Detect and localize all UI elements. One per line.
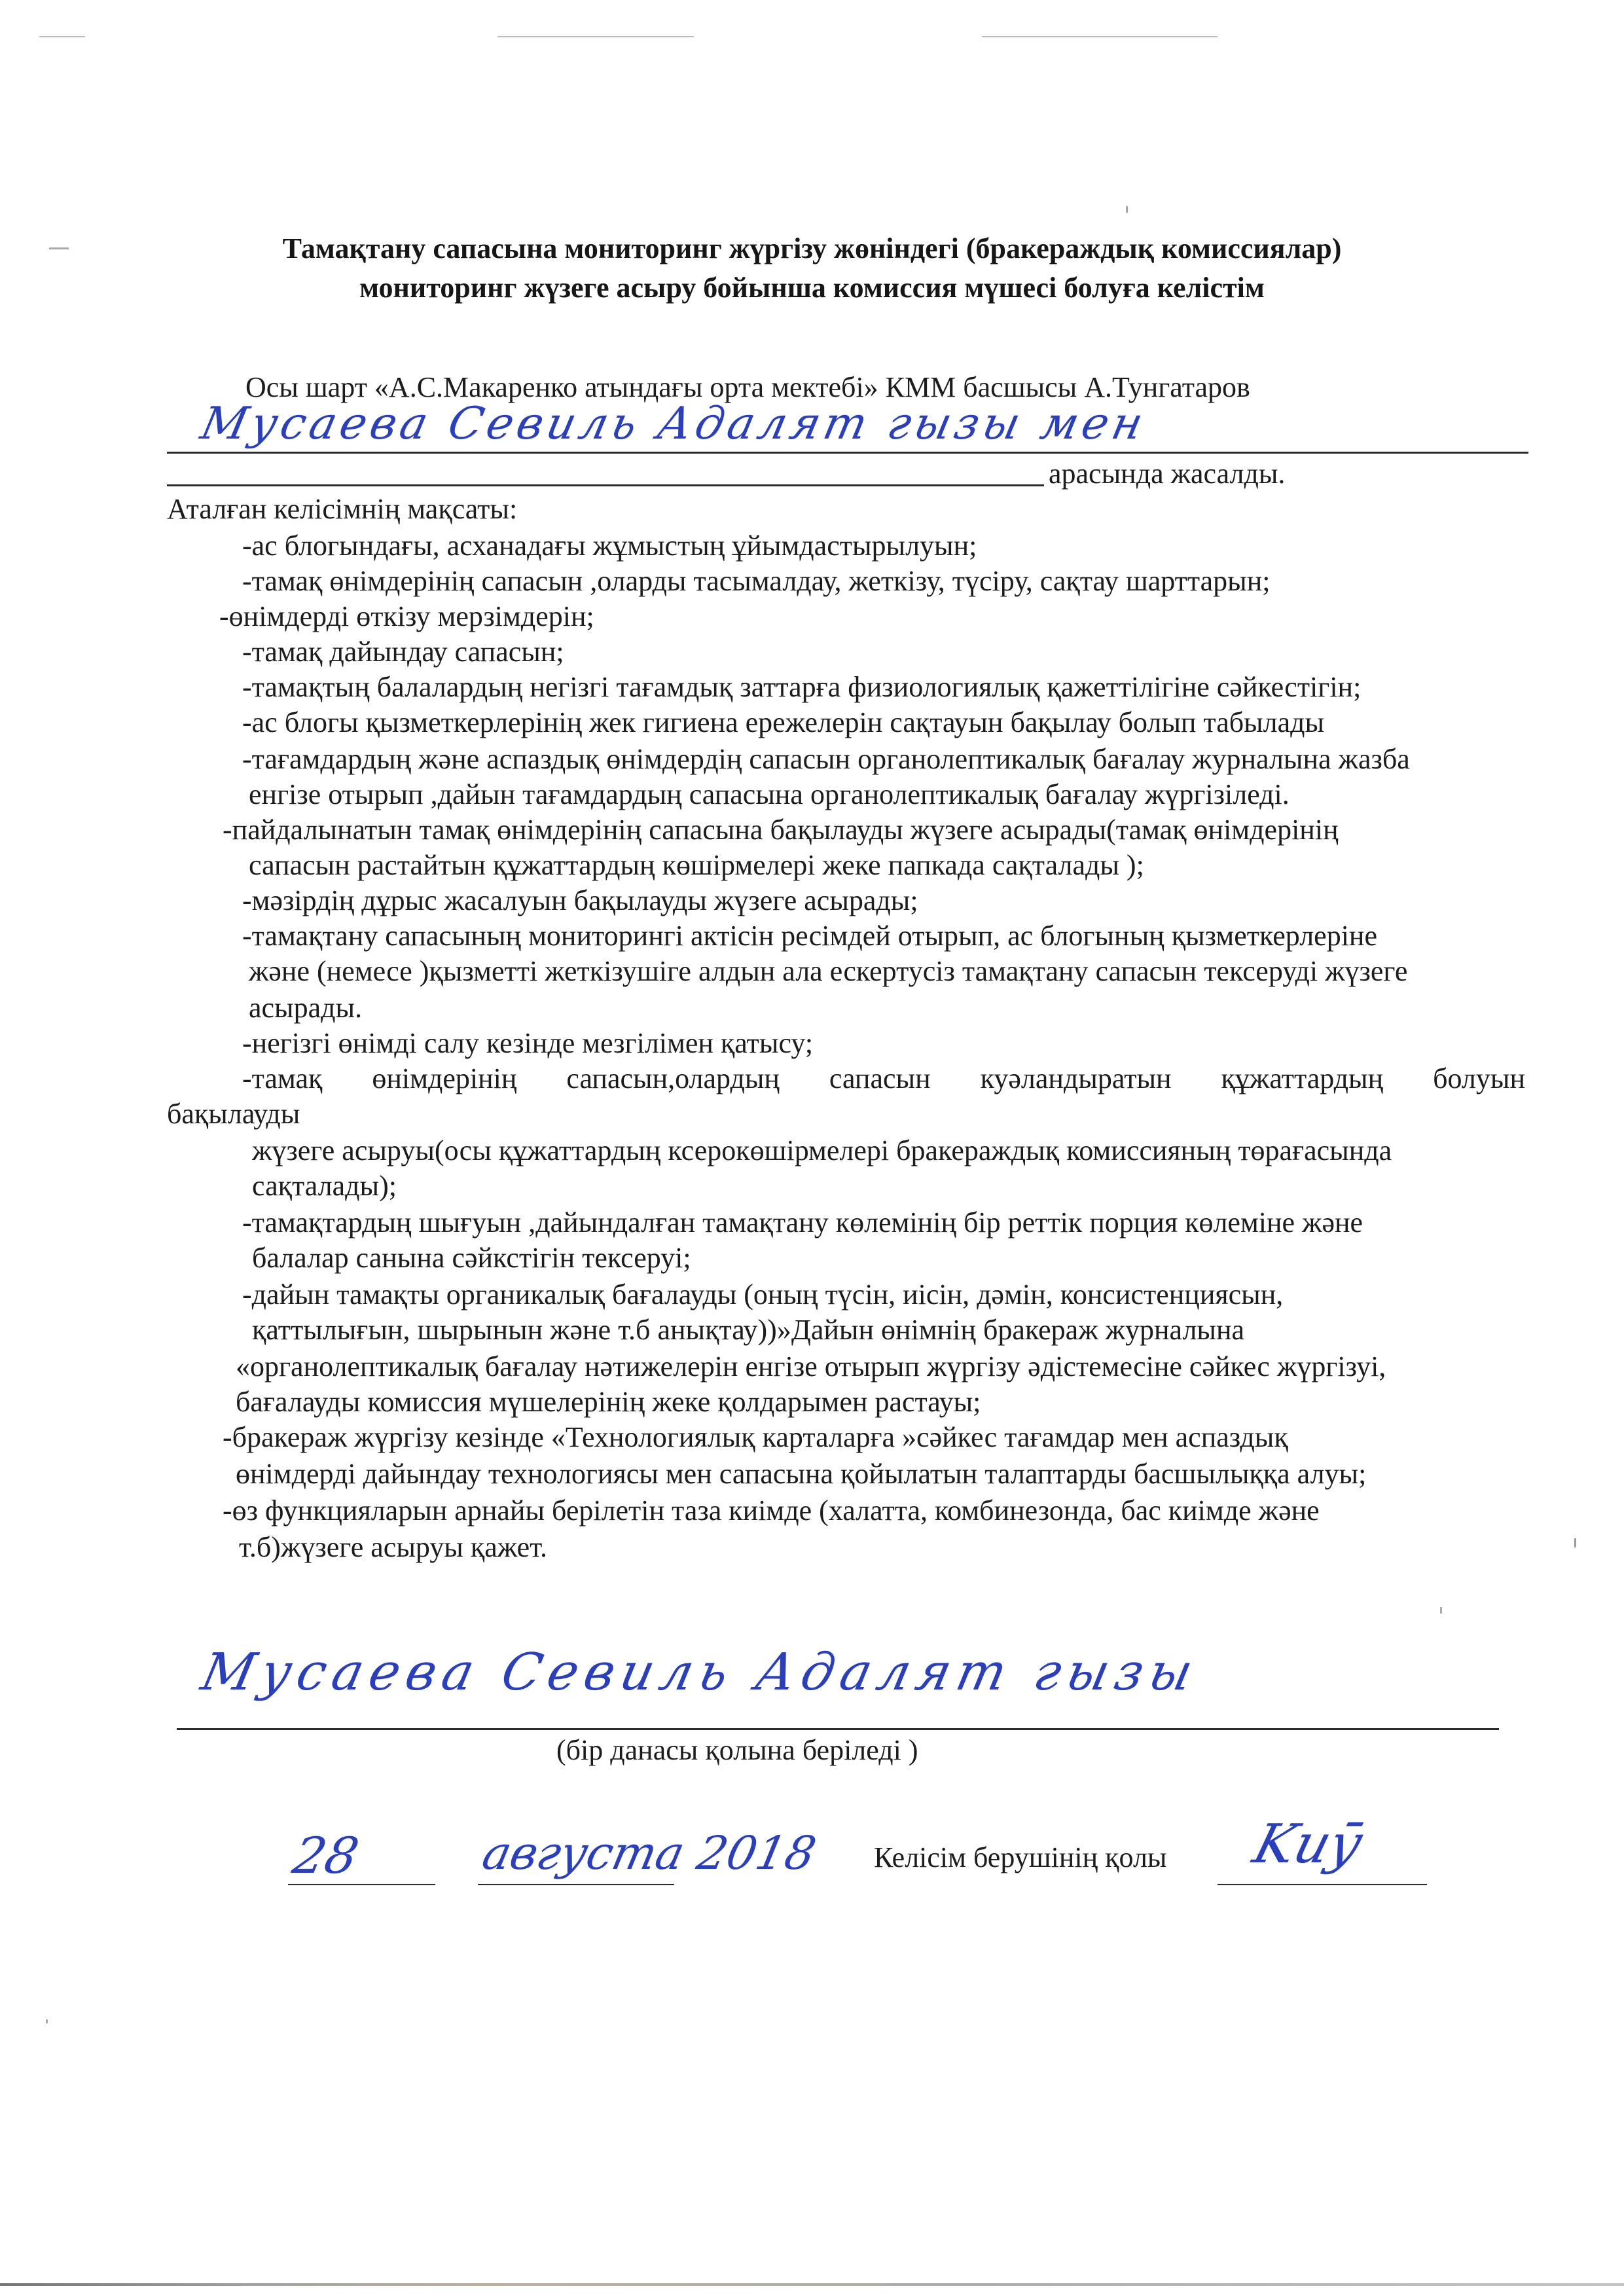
purpose-line: «органолептикалық бағалау нәтижелерін ен… [236, 1350, 1386, 1384]
purpose-line: -дайын тамақты органикалық бағалауды (он… [242, 1278, 1283, 1312]
date-day[interactable]: 28 [288, 1826, 364, 1885]
name-underline-2 [167, 484, 1044, 486]
purpose-line: асырады. [249, 991, 362, 1025]
consent-label: Келісім берушінің қолы [874, 1841, 1166, 1875]
scan-bottom-edge [0, 2283, 1624, 2286]
consent-signature-underline [1218, 1884, 1427, 1885]
title-line-2: мониторинг жүзеге асыру бойынша комиссия… [0, 268, 1624, 308]
purpose-line: -тамақ дайындау сапасын; [242, 635, 564, 669]
purpose-line: жүзеге асыруы(осы құжаттардың ксерокөшір… [252, 1134, 1392, 1168]
document-page: Тамақтану сапасына мониторинг жүргізу жө… [0, 0, 1624, 2295]
purpose-line: -тамақ өнімдерінің сапасын,олардың сапас… [242, 1062, 1525, 1096]
purpose-line: -тамақтардың шығуын ,дайындалған тамақта… [242, 1206, 1363, 1240]
purpose-line: және (немесе )қызметті жеткізушіге алдын… [249, 954, 1407, 988]
scan-artifact [497, 36, 694, 37]
name-underline [167, 452, 1528, 454]
scan-artifact [39, 36, 85, 37]
purpose-line: -ас блогындағы, асханадағы жұмыстың ұйым… [242, 529, 977, 563]
purpose-line: сақталады); [252, 1169, 397, 1203]
purpose-line: -тамақтану сапасының мониторингі актісін… [242, 919, 1377, 953]
purpose-line: -тағамдардың және аспаздық өнімдердің са… [242, 742, 1410, 776]
scan-artifact [1574, 1538, 1576, 1547]
date-day-underline [288, 1884, 435, 1885]
purpose-line: -тамақ өнімдерінің сапасын ,оларды тасым… [242, 564, 1271, 598]
purpose-line: енгізе отырып ,дайын тағамдардың сапасын… [249, 778, 1290, 812]
purpose-line: т.б)жүзеге асыруы қажет. [239, 1530, 547, 1564]
date-month-underline [478, 1884, 674, 1885]
purpose-line: -тамақтың балалардың негізгі тағамдық за… [242, 670, 1361, 704]
copy-caption: (бір данасы қолына беріледі ) [556, 1733, 918, 1767]
purpose-line: -өнімдерді өткізу мерзімдерін; [219, 600, 594, 634]
date-month-year[interactable]: августа 2018 [478, 1826, 821, 1880]
handwritten-name-field: Мусаева Севиль Адалят гызы мен [196, 398, 1151, 450]
scan-artifact [982, 36, 1218, 37]
purpose-line: қаттылығын, шырынын және т.б анықтау))»Д… [252, 1313, 1244, 1347]
purpose-heading: Аталған келісімнің мақсаты: [167, 492, 517, 526]
purpose-line: -пайдалынатын тамақ өнімдерінің сапасына… [223, 813, 1339, 847]
scan-artifact [1126, 206, 1128, 213]
handwritten-signature-name: Мусаева Севиль Адалят гызы [196, 1643, 1204, 1702]
title-line-1: Тамақтану сапасына мониторинг жүргізу жө… [0, 229, 1624, 268]
purpose-line: -негізгі өнімді салу кезінде мезгілімен … [242, 1026, 813, 1060]
scan-artifact [46, 2019, 48, 2023]
document-title: Тамақтану сапасына мониторинг жүргізу жө… [0, 229, 1624, 308]
intro-suffix: арасында жасалды. [1049, 457, 1285, 491]
purpose-line: сапасын растайтын құжаттардың көшірмелер… [249, 848, 1144, 882]
consent-signature[interactable]: Kиӯ [1247, 1813, 1369, 1875]
purpose-line: -өз функцияларын арнайы берілетін таза к… [223, 1494, 1320, 1528]
purpose-line: бақылауды [167, 1097, 300, 1131]
scan-artifact [1440, 1607, 1442, 1614]
purpose-line: өнімдерді дайындау технологиясы мен сапа… [236, 1457, 1366, 1491]
signature-underline [177, 1728, 1499, 1730]
purpose-line: бағалауды комиссия мүшелерінің жеке қолд… [236, 1385, 981, 1419]
purpose-line: -бракераж жүргізу кезінде «Технологиялық… [223, 1420, 1288, 1455]
purpose-line: балалар санына сәйкстігін тексеруі; [252, 1241, 691, 1275]
purpose-line: -ас блогы қызметкерлерінің жек гигиена е… [242, 706, 1324, 740]
purpose-line: -мәзірдің дұрыс жасалуын бақылауды жүзег… [242, 884, 918, 918]
